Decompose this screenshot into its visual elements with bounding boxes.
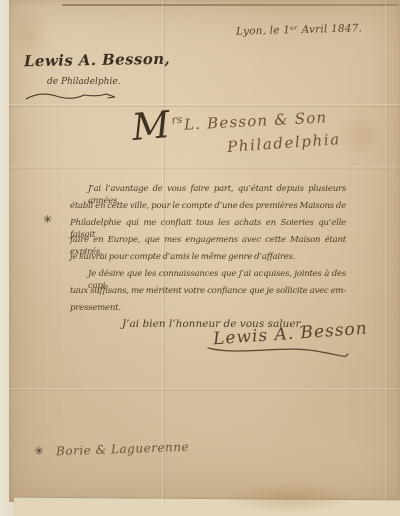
fold-crease-horizontal [9,104,400,107]
fold-crease-horizontal [9,166,400,169]
signature-flourish [204,342,352,362]
fold-crease-horizontal [9,388,400,391]
addressee-prefix-initial: M [130,103,171,149]
footnote-asterisk: ✳ [34,444,44,458]
sheet-bottom-edge [14,497,400,516]
body-line: je suivrai pour compte d’amis le même ge… [70,251,295,263]
fold-crease-vertical [385,0,388,502]
body-line: établi en cette ville, pour le compte d’… [70,200,346,212]
body-line: taux suffisans, me méritent votre confia… [70,285,346,297]
addressee-prefix: Mrs [130,102,184,149]
letter-photograph: Lewis A. Besson, de Philadelphie. Lyon, … [0,0,400,516]
addressee-prefix-superscript: rs [171,112,183,126]
margin-asterisk: ✳ [43,213,52,226]
letterhead-origin: de Philadelphie. [47,77,121,87]
letterhead-flourish [24,90,118,104]
body-line: pressement. [70,302,121,314]
letterhead-name: Lewis A. Besson, [24,50,170,71]
folded-sheet-top-edge [62,4,398,6]
